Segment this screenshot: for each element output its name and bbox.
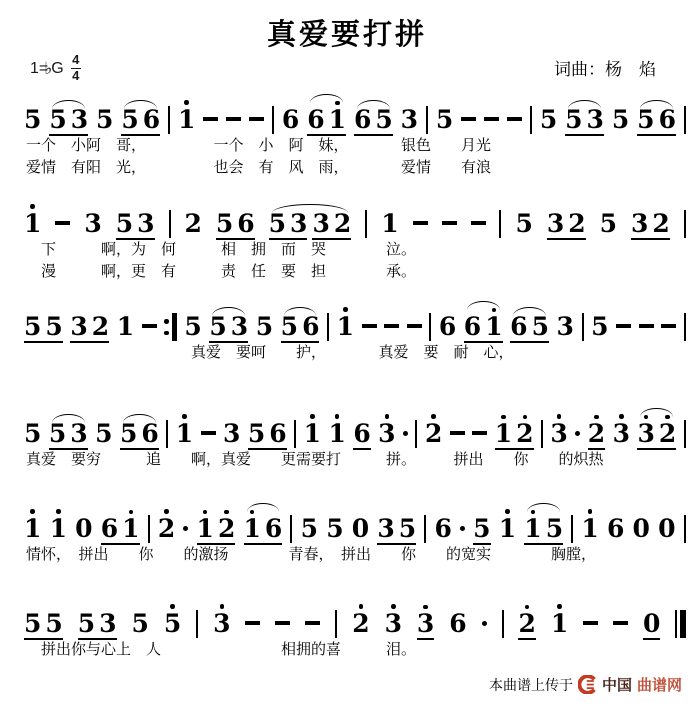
- note-group: 53: [49, 107, 88, 136]
- note-digit: 5: [121, 107, 138, 132]
- note-group: 5: [132, 611, 149, 641]
- note-group: 1: [337, 307, 354, 343]
- note-group: 1: [178, 100, 195, 136]
- note-digit: 5: [24, 314, 41, 339]
- barline: [684, 515, 686, 543]
- note-run: 6: [282, 107, 299, 137]
- note-digit: 5: [436, 107, 453, 132]
- note-digit: 5: [591, 314, 608, 339]
- barline: [290, 515, 292, 543]
- note: 5: [95, 421, 112, 446]
- note-group: 5: [436, 107, 453, 137]
- beam-group: 53: [78, 611, 117, 640]
- note: 6: [434, 516, 451, 541]
- note-group: 5: [256, 314, 273, 344]
- beam-group: 56: [120, 421, 159, 450]
- note: 5: [600, 211, 617, 236]
- note: 3: [417, 605, 434, 637]
- note-group: 5: [591, 314, 608, 344]
- beam-group: 56: [637, 107, 676, 136]
- note-group: 3: [223, 421, 240, 451]
- note-run: 5: [96, 107, 113, 137]
- octave-dot: [310, 414, 315, 419]
- note: 6: [464, 314, 481, 339]
- note-run: 5: [612, 107, 629, 137]
- beam-group: 56: [248, 421, 287, 450]
- note-group: 2: [518, 605, 535, 641]
- note-digit: 3: [71, 107, 88, 132]
- note: 5: [546, 516, 563, 541]
- note: 5: [49, 421, 66, 446]
- beam-group: 53: [565, 107, 604, 136]
- note: 5: [326, 516, 343, 541]
- note-group: 1: [50, 509, 67, 545]
- note: 1: [122, 510, 139, 542]
- beam-group: 12: [495, 415, 534, 451]
- note-group: 53: [209, 314, 248, 343]
- augmentation-dot: [460, 526, 465, 531]
- note-group: 0: [633, 516, 650, 546]
- beam-group: 61: [464, 308, 503, 344]
- music-line: 135325653321532532 下 啊，为 何 相 拥 而 哭 泣。 漫 …: [24, 196, 686, 240]
- note: 6: [353, 421, 370, 446]
- note: 5: [612, 107, 629, 132]
- note-group: 32: [631, 211, 670, 240]
- note: 5: [209, 314, 226, 339]
- note-run: 0: [658, 516, 675, 546]
- barline: [148, 515, 150, 543]
- note-digit: 1: [581, 516, 598, 541]
- note: 6: [143, 107, 160, 132]
- note: 1: [178, 100, 195, 132]
- note-group: 15: [524, 510, 563, 546]
- note-digit: 5: [24, 611, 41, 636]
- note-digit: 3: [70, 314, 87, 339]
- note-digit: 3: [385, 611, 402, 636]
- note: 6: [449, 611, 466, 636]
- note-run: 1: [328, 414, 345, 450]
- note-group: 0: [658, 516, 675, 546]
- note: 1: [50, 509, 67, 541]
- octave-dot: [431, 414, 436, 419]
- beam-group: 2: [518, 605, 535, 641]
- augmentation-dot: [575, 431, 580, 436]
- note: 5: [116, 211, 133, 236]
- octave-dot: [30, 204, 35, 209]
- note-run: 5: [164, 604, 181, 640]
- note: 5: [24, 611, 41, 636]
- lyric-row: 真爱 要穷 追 啊，真爱 更需要打 拼。 拼出 你 的炽热: [26, 452, 686, 467]
- site-logo-icon: [578, 675, 597, 694]
- duration-dash: [461, 117, 476, 121]
- note-group: 6: [607, 516, 624, 546]
- note: 6: [282, 107, 299, 132]
- note-digit: 6: [269, 421, 286, 446]
- barline: [582, 313, 584, 341]
- beam-group: 32: [637, 415, 676, 451]
- beam-group: 56: [216, 211, 255, 240]
- note-group: 5: [612, 107, 629, 137]
- beam-group: 5: [473, 516, 490, 545]
- thick-bar: [680, 610, 686, 638]
- augmentation-dot: [403, 431, 408, 436]
- note-digit: 3: [70, 421, 87, 446]
- note-run: 5: [301, 516, 318, 546]
- note-digit: 5: [24, 107, 41, 132]
- note: 5: [248, 421, 265, 446]
- beam-group: 65: [510, 314, 549, 343]
- lyric-row: 真爱 要呵 护， 真爱 要 耐 心，: [26, 345, 686, 360]
- note-group: 12: [495, 415, 534, 451]
- note: 6: [265, 516, 282, 541]
- duration-dash: [142, 324, 157, 328]
- note-digit: 5: [116, 211, 133, 236]
- note-digit: 5: [565, 107, 582, 132]
- note-group: 3: [84, 211, 101, 241]
- note-digit: 5: [49, 107, 66, 132]
- note-group: 2: [352, 604, 369, 640]
- beam-group: 15: [524, 510, 563, 546]
- note: 5: [24, 107, 41, 132]
- note-group: 6: [353, 421, 370, 450]
- note-run: 0: [75, 516, 92, 546]
- beam-group: 35: [377, 516, 416, 545]
- slur-arc: [52, 414, 85, 423]
- barline: [327, 313, 329, 341]
- note-run: 5: [515, 211, 532, 241]
- note-digit: 5: [45, 611, 62, 636]
- note: 6: [307, 107, 324, 132]
- note: 5: [436, 107, 453, 132]
- notation-row: 5532155355616616535: [24, 299, 686, 343]
- barline: [424, 515, 426, 543]
- note-group: 5: [24, 421, 41, 451]
- note-digit: 6: [464, 314, 481, 339]
- note-digit: 6: [354, 107, 371, 132]
- beam-group: 3: [417, 605, 434, 641]
- note-digit: 1: [176, 421, 193, 446]
- note: 3: [71, 107, 88, 132]
- note: 2: [158, 509, 175, 541]
- duration-dash: [407, 324, 422, 328]
- beam-group: 6: [353, 421, 370, 450]
- note-group: 3: [417, 605, 434, 641]
- slur-arc: [212, 307, 245, 316]
- repeat-barline: [164, 313, 177, 341]
- lyric-row: 拼出你与心上 人 相拥的喜 泪。: [26, 642, 686, 657]
- note-digit: 5: [49, 421, 66, 446]
- note-digit: 3: [231, 314, 248, 339]
- octave-dot: [220, 604, 225, 609]
- note: 3: [231, 314, 248, 339]
- note-digit: 5: [248, 421, 265, 446]
- slur-arc: [640, 100, 673, 109]
- note-digit: 2: [184, 211, 201, 236]
- note-group: 53: [49, 421, 88, 450]
- octave-dot: [182, 414, 187, 419]
- duration-dash: [201, 431, 216, 435]
- time-signature: 4 4: [71, 53, 81, 84]
- barline: [272, 106, 274, 134]
- note: 6: [439, 314, 456, 339]
- note-run: 3: [401, 107, 418, 137]
- barline: [294, 420, 296, 448]
- note: 5: [216, 211, 233, 236]
- note: 1: [551, 604, 568, 636]
- note-digit: 5: [612, 107, 629, 132]
- note-digit: 2: [516, 421, 533, 446]
- note-group: 6: [282, 107, 299, 137]
- time-numerator: 4: [72, 53, 79, 68]
- note-digit: 1: [328, 421, 345, 446]
- note-digit: 6: [141, 421, 158, 446]
- note-group: 5: [184, 314, 201, 344]
- note-run: 5: [95, 421, 112, 451]
- note-digit: 5: [184, 314, 201, 339]
- site-name-cn: 中国: [602, 674, 632, 695]
- note-run: 0: [352, 516, 369, 546]
- duration-dash: [275, 621, 290, 625]
- note-group: 53: [565, 107, 604, 136]
- note: 0: [643, 611, 660, 636]
- slur-arc: [52, 100, 85, 109]
- barline: [571, 515, 573, 543]
- note-group: 12: [197, 510, 236, 546]
- note-digit: 2: [425, 421, 442, 446]
- barline: [684, 420, 686, 448]
- slur-arc: [357, 100, 390, 109]
- note-digit: 5: [281, 314, 298, 339]
- octave-dot: [557, 414, 562, 419]
- note-digit: 6: [302, 314, 319, 339]
- note-digit: 5: [95, 421, 112, 446]
- notation-row: 110612121655035651151600: [24, 501, 686, 545]
- note-group: 55: [24, 611, 63, 640]
- note-digit: 6: [265, 516, 282, 541]
- key-signature: 1= ♭ G 4 4: [30, 53, 81, 84]
- note-group: 32: [637, 415, 676, 451]
- note: 3: [312, 211, 329, 236]
- barline: [335, 610, 337, 638]
- lyric-row: 爱情 有阳 光， 也会 有 风 雨， 爱情 有浪: [26, 160, 686, 175]
- note-digit: 2: [652, 211, 669, 236]
- note: 6: [354, 107, 371, 132]
- octave-dot: [391, 604, 396, 609]
- note-digit: 1: [499, 516, 516, 541]
- note-digit: 1: [122, 516, 139, 541]
- note-run: 1: [381, 211, 398, 241]
- note-group: 61: [101, 510, 140, 546]
- note-run: 5: [540, 107, 557, 137]
- note-digit: 1: [304, 421, 321, 446]
- barline: [365, 210, 367, 238]
- upload-note: 本曲谱上传于: [489, 675, 573, 695]
- note-digit: 2: [518, 611, 535, 636]
- note: 6: [510, 314, 527, 339]
- octave-dot: [164, 509, 169, 514]
- note: 5: [301, 516, 318, 541]
- note-run: 3: [213, 604, 230, 640]
- note-run: 5: [24, 421, 41, 451]
- note-digit: 3: [137, 211, 154, 236]
- beam-group: 16: [244, 510, 283, 546]
- note-digit: 1: [24, 516, 41, 541]
- note: 3: [547, 211, 564, 236]
- note: 2: [184, 211, 201, 236]
- slur-arc: [284, 307, 317, 316]
- note-digit: 5: [326, 516, 343, 541]
- note: 1: [117, 314, 134, 339]
- note-run: 5: [591, 314, 608, 344]
- note-group: 56: [120, 421, 159, 450]
- octave-dot: [170, 604, 175, 609]
- note-digit: 5: [301, 516, 318, 541]
- note: 2: [518, 605, 535, 637]
- note: 5: [164, 604, 181, 636]
- lyric-row: 下 啊，为 何 相 拥 而 哭 泣。: [26, 242, 686, 257]
- note-run: 3: [385, 604, 402, 640]
- note: 6: [141, 421, 158, 446]
- note-run: 1: [176, 414, 193, 450]
- note: 5: [375, 107, 392, 132]
- note: 5: [515, 211, 532, 236]
- note: 3: [213, 604, 230, 636]
- note-group: 35: [377, 516, 416, 545]
- note: 2: [516, 415, 533, 447]
- note-group: 0: [643, 611, 660, 640]
- note: 3: [378, 414, 395, 446]
- note-group: 56: [216, 211, 255, 240]
- note: 5: [45, 314, 62, 339]
- note: 6: [607, 516, 624, 541]
- barline: [426, 106, 428, 134]
- barline: [166, 420, 168, 448]
- note-digit: 2: [92, 314, 109, 339]
- note: 5: [281, 314, 298, 339]
- note-run: 6: [439, 314, 456, 344]
- note-group: 32: [70, 314, 109, 343]
- note-digit: 6: [143, 107, 160, 132]
- note: 5: [78, 611, 95, 636]
- note-digit: 2: [352, 611, 369, 636]
- notation-row: 5535561356116321232332: [24, 406, 686, 450]
- repeat-dots: [164, 319, 169, 335]
- octave-dot: [505, 509, 510, 514]
- note-digit: 1: [337, 314, 354, 339]
- barline: [429, 313, 431, 341]
- note-digit: 5: [132, 611, 149, 636]
- note-digit: 1: [50, 516, 67, 541]
- note-digit: 3: [550, 421, 567, 446]
- note: 2: [568, 211, 585, 236]
- note-digit: 3: [631, 211, 648, 236]
- note-group: 1: [117, 314, 134, 344]
- beam-group: 2: [588, 415, 605, 451]
- note: 2: [218, 510, 235, 542]
- note-group: 3: [613, 414, 630, 450]
- slur-arc: [247, 503, 280, 512]
- composer-credit: 词曲：杨 焰: [554, 55, 656, 80]
- note: 3: [99, 611, 116, 636]
- note: 5: [120, 421, 137, 446]
- note-digit: 5: [546, 516, 563, 541]
- note-group: 1: [176, 414, 193, 450]
- note-group: 3: [401, 107, 418, 137]
- note-digit: 0: [633, 516, 650, 541]
- barline: [684, 313, 686, 341]
- note-digit: 3: [547, 211, 564, 236]
- note-digit: 3: [587, 107, 604, 132]
- note-group: 1: [24, 204, 41, 240]
- note: 2: [352, 604, 369, 636]
- note-run: 2: [184, 211, 201, 241]
- note-group: 5: [301, 516, 318, 546]
- note-digit: 1: [244, 516, 261, 541]
- duration-dash: [472, 431, 487, 435]
- note: 3: [290, 211, 307, 236]
- duration-dash: [484, 117, 499, 121]
- note-group: 5: [95, 421, 112, 451]
- lyric-row: 一个 小阿 哥， 一个 小 阿 妹， 银色 月光: [26, 138, 686, 153]
- note-digit: 0: [643, 611, 660, 636]
- beam-group: 32: [312, 211, 351, 240]
- music-line: 55535532336210 拼出你与心上 人 相拥的喜 泪。: [24, 596, 686, 640]
- note-run: 0: [633, 516, 650, 546]
- note: 1: [485, 308, 502, 340]
- note-run: 6: [607, 516, 624, 546]
- beam-group: 53: [49, 421, 88, 450]
- octave-dot: [557, 604, 562, 609]
- note-digit: 0: [658, 516, 675, 541]
- note: 5: [540, 107, 557, 132]
- note-digit: 3: [378, 421, 395, 446]
- note-digit: 1: [495, 421, 512, 446]
- slur-arc: [527, 503, 560, 512]
- beam-group: 53: [269, 211, 308, 240]
- note: 3: [631, 211, 648, 236]
- note: 3: [70, 314, 87, 339]
- note-digit: 3: [223, 421, 240, 446]
- key-letter: G: [51, 60, 63, 78]
- note-digit: 5: [164, 611, 181, 636]
- note-group: 5: [24, 107, 41, 137]
- note: 5: [591, 314, 608, 339]
- note-digit: 5: [96, 107, 113, 132]
- beam-group: 32: [631, 211, 670, 240]
- duration-dash: [583, 621, 598, 625]
- note-digit: 2: [158, 516, 175, 541]
- note-digit: 1: [329, 107, 346, 132]
- slur-arc: [640, 408, 673, 417]
- note-digit: 3: [213, 611, 230, 636]
- note-digit: 3: [377, 516, 394, 541]
- note: 5: [473, 516, 490, 541]
- note-group: 32: [547, 211, 586, 240]
- note-group: 1: [551, 604, 568, 640]
- note: 1: [197, 510, 214, 542]
- note: 2: [659, 415, 676, 447]
- note-digit: 6: [353, 421, 370, 446]
- music-line: 110612121655035651151600情怀， 拼出 你 的激扬 青春，…: [24, 501, 686, 545]
- note-run: 5: [132, 611, 149, 641]
- note-digit: 5: [637, 107, 654, 132]
- note-run: 3: [223, 421, 240, 451]
- duration-dash: [384, 324, 399, 328]
- note-digit: 5: [473, 516, 490, 541]
- note: 6: [302, 314, 319, 339]
- note-digit: 5: [399, 516, 416, 541]
- note-digit: 6: [434, 516, 451, 541]
